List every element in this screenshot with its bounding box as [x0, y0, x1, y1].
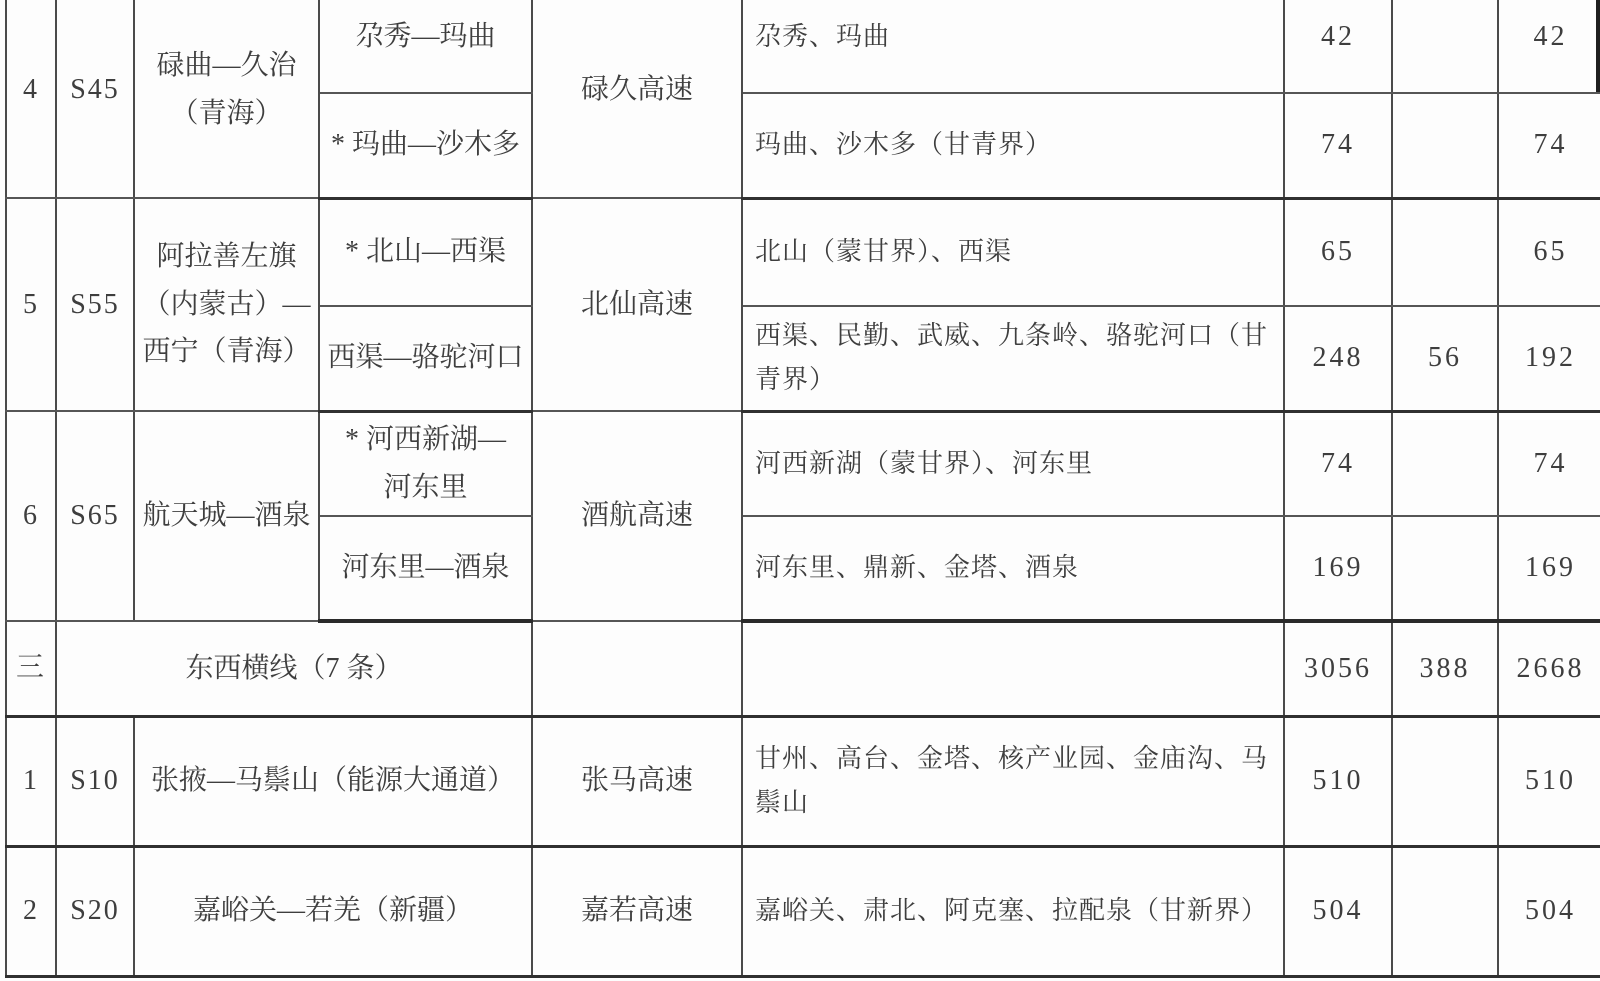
mileage-cell: 248: [1284, 306, 1392, 411]
control-points-cell: 河西新湖（蒙甘界）、河东里: [742, 411, 1284, 516]
mileage-cell: 74: [1284, 93, 1392, 198]
section-cell: * 河西新湖— 河东里: [319, 411, 532, 516]
expressway-name-cell: 嘉若高速: [532, 846, 742, 976]
control-points-cell: 西渠、民勤、武威、九条岭、骆驼河口（甘青界）: [742, 306, 1284, 411]
mileage-cell: 74: [1498, 93, 1600, 198]
mileage-cell: [1392, 716, 1498, 846]
mileage-cell: 504: [1498, 846, 1600, 976]
route-name-cell: 碌曲—久治 （青海）: [134, 0, 319, 198]
table-row: 6 S65 航天城—酒泉 * 河西新湖— 河东里 酒航高速 河西新湖（蒙甘界）、…: [6, 411, 1600, 516]
road-code-cell: S55: [56, 198, 134, 411]
expressway-name-cell: 张马高速: [532, 716, 742, 846]
mileage-cell: 3056: [1284, 621, 1392, 716]
mileage-cell: 192: [1498, 306, 1600, 411]
mileage-cell: 510: [1498, 716, 1600, 846]
row-number-cell: 三: [6, 621, 56, 716]
mileage-cell: 74: [1284, 411, 1392, 516]
road-code-cell: S45: [56, 0, 134, 198]
section-cell: * 北山—西渠: [319, 198, 532, 306]
mileage-cell: 510: [1284, 716, 1392, 846]
control-points-cell: 河东里、鼎新、金塔、酒泉: [742, 516, 1284, 621]
section-cell: 西渠—骆驼河口: [319, 306, 532, 411]
mileage-cell: 504: [1284, 846, 1392, 976]
mileage-cell: 65: [1498, 198, 1600, 306]
document-page: 4 S45 碌曲—久治 （青海） 尕秀—玛曲 碌久高速 尕秀、玛曲 42 42 …: [0, 0, 1600, 981]
row-number-cell: 1: [6, 716, 56, 846]
road-code-cell: S10: [56, 716, 134, 846]
expressway-name-cell: 碌久高速: [532, 0, 742, 198]
section-cell: * 玛曲—沙木多: [319, 93, 532, 198]
mileage-cell: [1392, 0, 1498, 93]
expressway-table: 4 S45 碌曲—久治 （青海） 尕秀—玛曲 碌久高速 尕秀、玛曲 42 42 …: [5, 0, 1600, 978]
row-number-cell: 5: [6, 198, 56, 411]
control-points-cell: 尕秀、玛曲: [742, 0, 1284, 93]
mileage-cell: [1392, 411, 1498, 516]
mileage-cell: [1392, 93, 1498, 198]
mileage-cell: 74: [1498, 411, 1600, 516]
mileage-cell: 388: [1392, 621, 1498, 716]
mileage-cell: [1392, 516, 1498, 621]
control-points-cell: 嘉峪关、肃北、阿克塞、拉配泉（甘新界）: [742, 846, 1284, 976]
row-number-cell: 6: [6, 411, 56, 621]
section-cell: 尕秀—玛曲: [319, 0, 532, 93]
expressway-name-cell: 北仙高速: [532, 198, 742, 411]
control-points-cell: [742, 621, 1284, 716]
table-row: 1 S10 张掖—马鬃山（能源大通道） 张马高速 甘州、高台、金塔、核产业园、金…: [6, 716, 1600, 846]
table-right-border-fragment: [1596, 0, 1600, 92]
route-name-cell: 阿拉善左旗 （内蒙古）— 西宁（青海）: [134, 198, 319, 411]
section-cell: 河东里—酒泉: [319, 516, 532, 621]
control-points-cell: 北山（蒙甘界）、西渠: [742, 198, 1284, 306]
mileage-cell: 42: [1284, 0, 1392, 93]
route-name-cell: 张掖—马鬃山（能源大通道）: [134, 716, 532, 846]
mileage-cell: 56: [1392, 306, 1498, 411]
road-code-cell: S20: [56, 846, 134, 976]
control-points-cell: 甘州、高台、金塔、核产业园、金庙沟、马鬃山: [742, 716, 1284, 846]
control-points-cell: 玛曲、沙木多（甘青界）: [742, 93, 1284, 198]
route-name-cell: 航天城—酒泉: [134, 411, 319, 621]
table-row: 5 S55 阿拉善左旗 （内蒙古）— 西宁（青海） * 北山—西渠 北仙高速 北…: [6, 198, 1600, 306]
mileage-cell: 169: [1284, 516, 1392, 621]
route-name-cell: 嘉峪关—若羌（新疆）: [134, 846, 532, 976]
expressway-name-cell: [532, 621, 742, 716]
row-number-cell: 2: [6, 846, 56, 976]
summary-row: 三 东西横线（7 条） 3056 388 2668: [6, 621, 1600, 716]
road-code-cell: S65: [56, 411, 134, 621]
row-number-cell: 4: [6, 0, 56, 198]
mileage-cell: 42: [1498, 0, 1600, 93]
summary-label-cell: 东西横线（7 条）: [56, 621, 532, 716]
table-row: 4 S45 碌曲—久治 （青海） 尕秀—玛曲 碌久高速 尕秀、玛曲 42 42: [6, 0, 1600, 93]
mileage-cell: 169: [1498, 516, 1600, 621]
expressway-name-cell: 酒航高速: [532, 411, 742, 621]
mileage-cell: [1392, 846, 1498, 976]
mileage-cell: 65: [1284, 198, 1392, 306]
mileage-cell: [1392, 198, 1498, 306]
mileage-cell: 2668: [1498, 621, 1600, 716]
table-row: 2 S20 嘉峪关—若羌（新疆） 嘉若高速 嘉峪关、肃北、阿克塞、拉配泉（甘新界…: [6, 846, 1600, 976]
